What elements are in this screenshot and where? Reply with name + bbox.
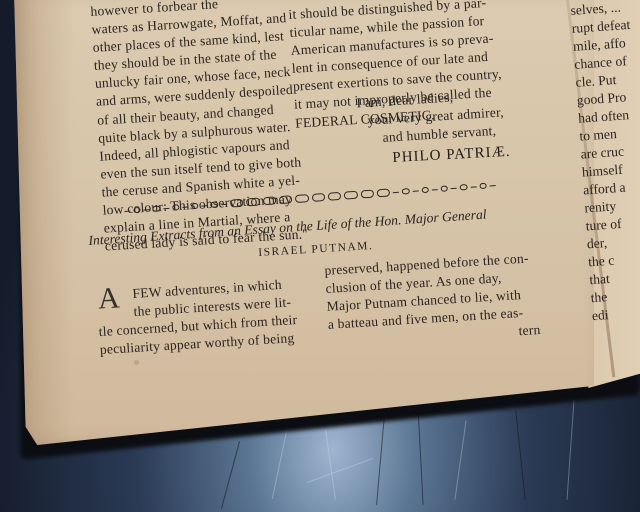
article-right-column: preserved, happened before the con- clus… bbox=[324, 249, 541, 352]
left-column-text: however to forbear the waters as Harrowg… bbox=[90, 0, 308, 256]
drop-cap: A bbox=[97, 281, 120, 316]
letter-signoff: I am, dear ladies, your very great admir… bbox=[346, 85, 505, 149]
article-left-column: FEW adventures, in which the public inte… bbox=[132, 275, 299, 357]
